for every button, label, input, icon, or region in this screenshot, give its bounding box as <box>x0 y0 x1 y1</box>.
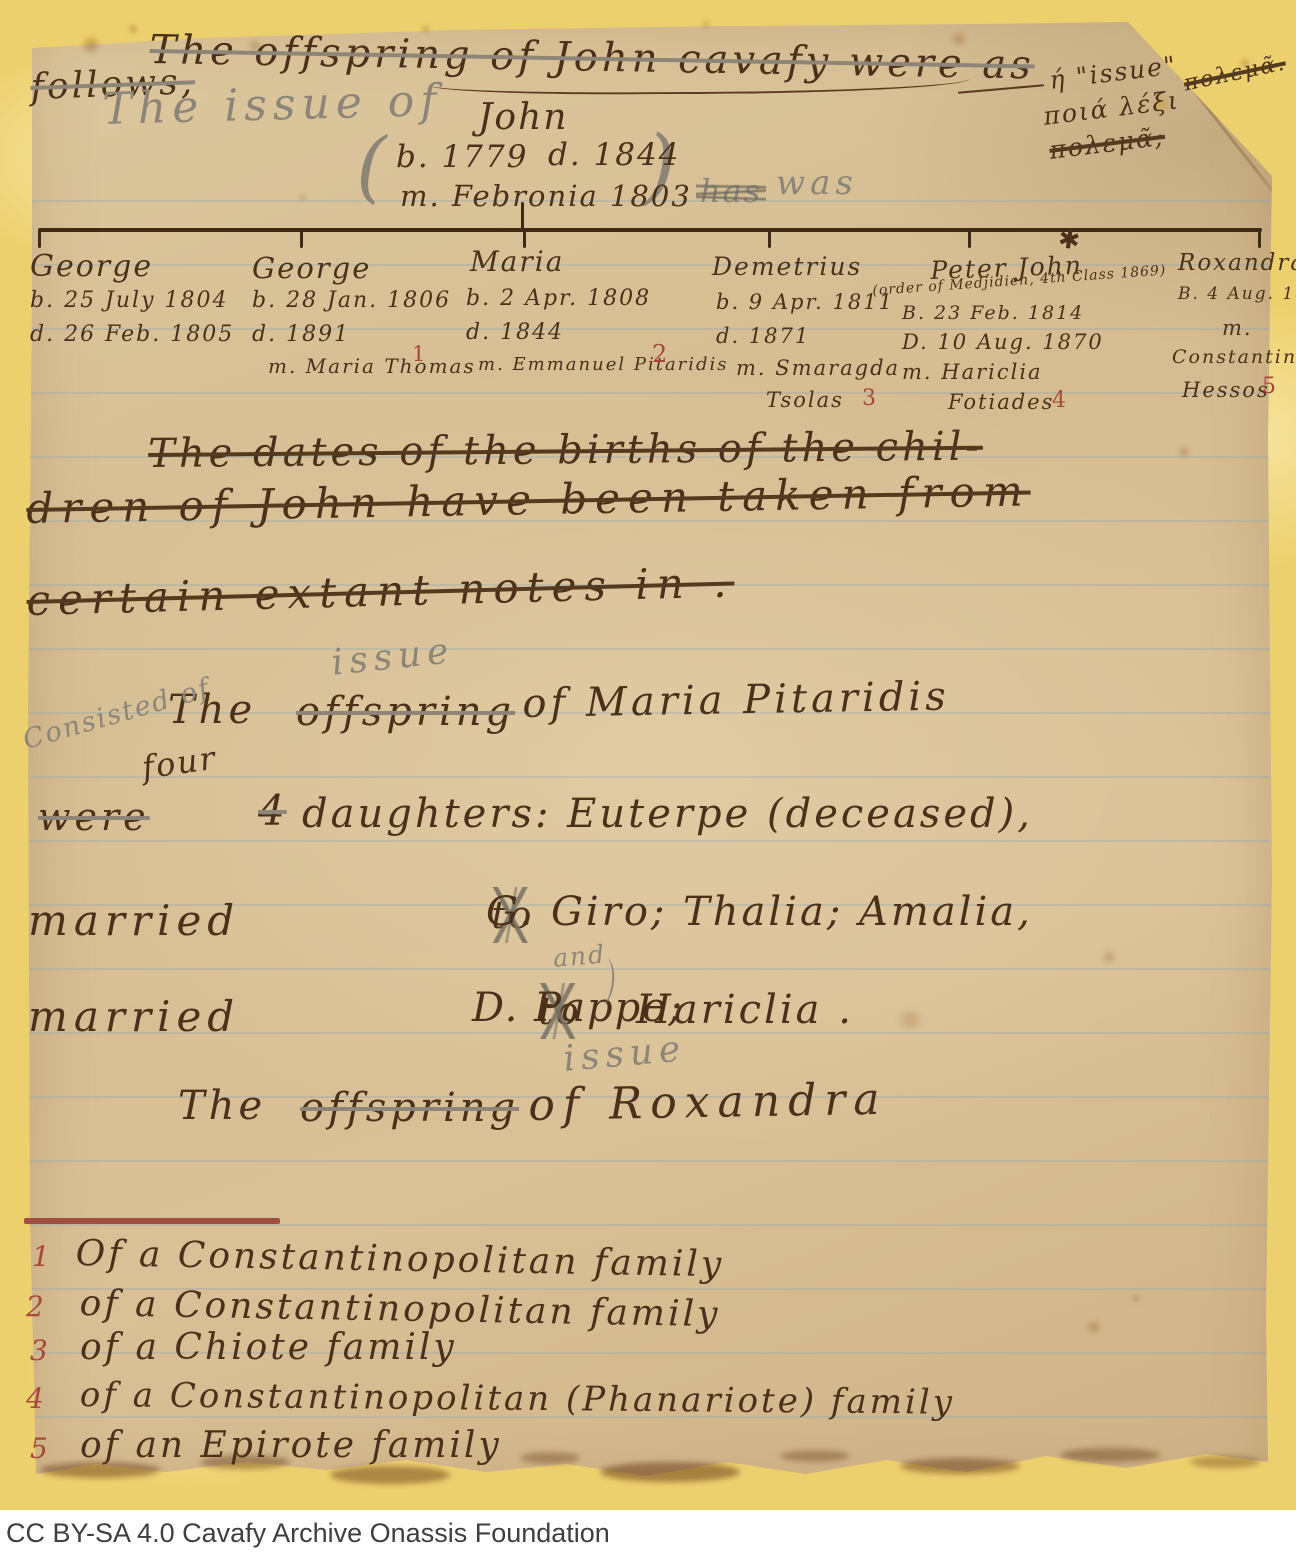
tree-child-born: b. 28 Jan. 1806 <box>252 290 451 312</box>
tree-child-born: B. 4 Aug. 1818 <box>1178 286 1296 303</box>
maria-line4-rest: Hariclia . <box>636 990 854 1030</box>
maria-line2-struck-were: were <box>38 798 150 836</box>
tree-child-born: b. 9 Apr. 1811 <box>716 292 894 313</box>
tree-child-marriage: Constantine <box>1172 348 1296 367</box>
tree-tick <box>1258 230 1261 248</box>
tree-tick <box>300 230 303 248</box>
license-caption-band: CC BY-SA 4.0 Cavafy Archive Onassis Foun… <box>0 1510 1296 1557</box>
license-caption: CC BY-SA 4.0 Cavafy Archive Onassis Foun… <box>6 1518 610 1549</box>
pencil-and-insertion: and <box>552 941 607 971</box>
pencil-rewritten-title: The issue of <box>102 79 443 132</box>
paren-open: ( <box>356 128 388 206</box>
struck-paragraph-line1: The dates of the births of the chil- <box>148 427 983 474</box>
tree-child-marriage: m. Maria Thomas <box>268 356 476 376</box>
tree-child-marriage: m. Smaragda <box>736 358 900 379</box>
tree-child-name: Roxandra <box>1178 252 1296 275</box>
ink-four-insertion: four <box>140 742 219 784</box>
footnote-text: of an Epirote family <box>80 1428 502 1464</box>
footnote-number: 4 <box>26 1382 44 1415</box>
pencil-was: was <box>776 166 858 200</box>
roxandra-line-pre: The <box>178 1086 266 1126</box>
paper-stain <box>126 24 140 34</box>
tree-child-died: d. 1891 <box>252 324 350 346</box>
footnote-number: 3 <box>30 1334 48 1367</box>
tree-child-marriage-2: Hessos <box>1182 380 1270 401</box>
maria-line2-rest: daughters: Euterpe (deceased), <box>302 794 1033 834</box>
father-marriage: m. Febronia 1803 <box>400 182 692 211</box>
tree-child-born: B. 23 Feb. 1814 <box>902 304 1084 323</box>
footnote-number: 5 <box>30 1432 48 1465</box>
maria-line3-rest: G. Giro; Thalia; Amalia, <box>486 892 1033 932</box>
tree-tick <box>768 230 771 248</box>
tree-child-died: D. 10 Aug. 1870 <box>902 332 1104 353</box>
tree-child-marriage-m: m. <box>1222 318 1253 339</box>
tree-child-marriage-2: Tsolas <box>766 390 844 411</box>
tree-child-marriage: m. Hariclia <box>902 362 1043 383</box>
maria-line1-struck: offspring <box>296 692 515 732</box>
tree-child-died: d. 1871 <box>716 326 810 347</box>
roxandra-line-struck: offspring <box>300 1088 519 1128</box>
tree-child-born: b. 25 July 1804 <box>30 290 229 312</box>
footnote-number: 1 <box>32 1240 50 1273</box>
tree-child-name: Demetrius <box>712 254 862 279</box>
struck-has: has <box>700 172 762 210</box>
maria-line1-rest: of Maria Pitaridis <box>522 677 950 724</box>
father-name: John <box>478 100 568 136</box>
tree-stem <box>521 202 524 230</box>
footnote-ref-5: 5 <box>1262 374 1276 399</box>
footnote-ref-3: 3 <box>862 386 876 411</box>
tree-child-marriage-2: Fotiades <box>948 392 1054 413</box>
tree-child-marriage: m. Emmanuel Pitaridis <box>478 356 729 374</box>
footnote-text: of a Constantinopolitan (Phanariote) fam… <box>80 1378 955 1420</box>
tree-tick <box>38 230 41 248</box>
maria-line2-struck-four: 4 <box>258 790 287 832</box>
footnote-number: 2 <box>26 1290 44 1323</box>
tree-child-born: b. 2 Apr. 1808 <box>466 288 651 310</box>
maria-line4-pre: married <box>28 996 240 1038</box>
tree-child-name: George <box>30 252 153 282</box>
footnote-text: of a Chiote family <box>80 1330 457 1366</box>
manuscript-scan: The offspring of John cavafy were as fol… <box>0 0 1296 1557</box>
tree-child-died: d. 26 Feb. 1805 <box>30 324 234 346</box>
footnote-ref-4: 4 <box>1052 388 1066 413</box>
footnote-ref-1: 1 <box>412 342 425 366</box>
torn-edge-stain <box>330 1466 450 1484</box>
footnote-ref-2: 2 <box>652 340 667 368</box>
father-born: b. 1779 <box>396 142 528 173</box>
tree-child-died: d. 1844 <box>466 322 564 344</box>
greek-note-line1-struck: πολεμᾶ. <box>1182 52 1288 95</box>
father-died: d. 1844 <box>548 140 680 171</box>
maria-line3-pre: married <box>28 900 240 942</box>
tree-tick <box>968 230 971 248</box>
tree-child-name: Maria <box>470 248 564 276</box>
roxandra-line-rest: of Roxandra <box>528 1078 888 1128</box>
tree-child-name: George <box>252 254 371 283</box>
